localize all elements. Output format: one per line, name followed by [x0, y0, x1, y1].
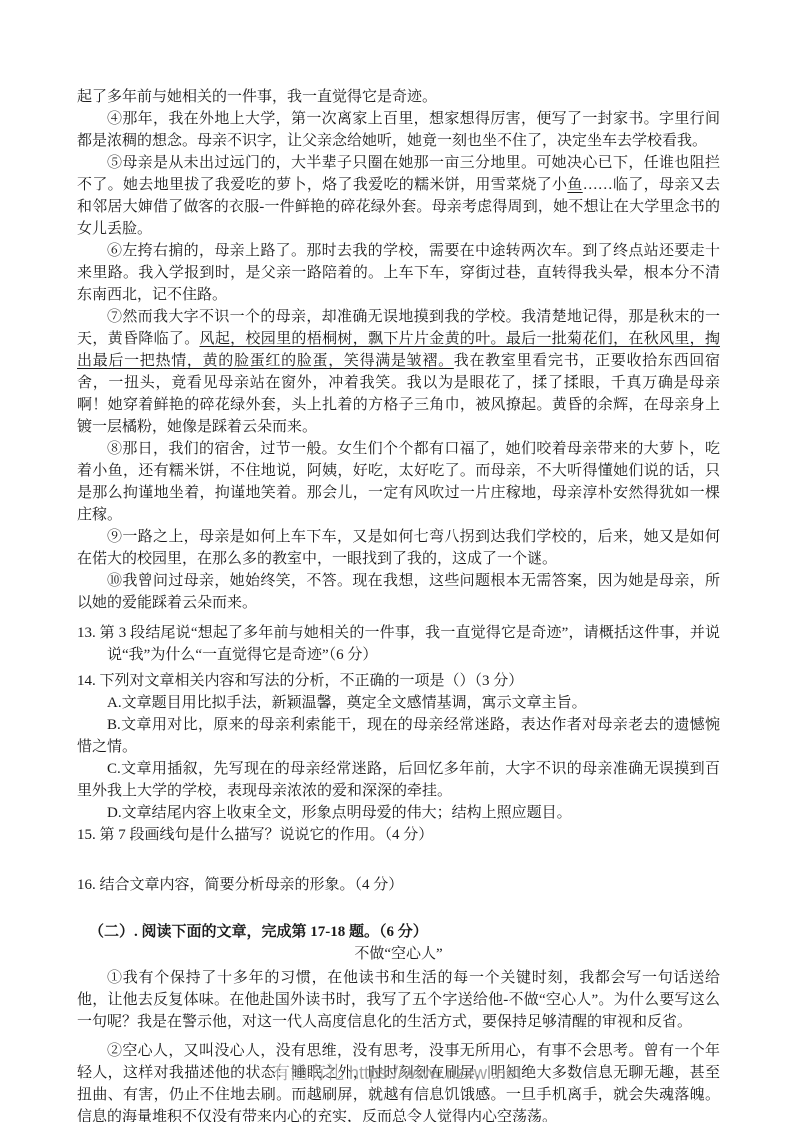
passage1-paragraph-4: ④那年，我在外地上大学，第一次离家上百里，想家想得厉害，便写了一封家书。字里行间…	[77, 108, 720, 152]
passage1-paragraph-5: ⑤母亲是从未出过远门的，大半辈子只圈在她那一亩三分地里。可她决心已下，任谁也阻拦…	[77, 152, 720, 240]
footer-watermark: 有渔有礼 https://www.nzxwl.net	[0, 1062, 793, 1084]
question-16: 16. 结合文章内容，简要分析母亲的形象。（4 分）	[77, 874, 720, 896]
question-15: 15. 第 7 段画线句是什么描写？说说它的作用。（4 分）	[77, 824, 720, 846]
passage1-continuation-line: 起了多年前与她相关的一件事，我一直觉得它是奇迹。	[77, 86, 720, 108]
passage1-paragraph-8: ⑧那日，我们的宿舍，过节一般。女生们个个都有口福了，她们咬着母亲带来的大萝卜，吃…	[77, 438, 720, 526]
question-14-option-c: C.文章用插叙，先写现在的母亲经常迷路，后回忆多年前，大字不识的母亲准确无误摸到…	[77, 758, 720, 802]
passage1-paragraph-7: ⑦然而我大字不识一个的母亲，却准确无误地摸到我的学校。我清楚地记得，那是秋末的一…	[77, 306, 720, 438]
passage2-title: 不做“空心人”	[77, 943, 720, 965]
passage1-paragraph-10: ⑩我曾问过母亲，她始终笑，不答。现在我想，这些问题根本无需答案，因为她是母亲，所…	[77, 570, 720, 614]
question-14-stem: 14. 下列对文章相关内容和写法的分析，不正确的一项是（）（3 分）	[77, 670, 720, 692]
question-14-option-d: D.文章结尾内容上收束全文，形象点明母爱的伟大；结构上照应题目。	[77, 802, 720, 824]
question-14-option-b: B.文章用对比，原来的母亲利索能干，现在的母亲经常迷路，表达作者对母亲老去的遗憾…	[77, 714, 720, 758]
reading-passage-1: 起了多年前与她相关的一件事，我一直觉得它是奇迹。 ④那年，我在外地上大学，第一次…	[77, 86, 720, 614]
exam-page: 起了多年前与她相关的一件事，我一直觉得它是奇迹。 ④那年，我在外地上大学，第一次…	[0, 0, 793, 1122]
question-13: 13. 第 3 段结尾说“想起了多年前与她相关的一件事，我一直觉得它是奇迹”，请…	[77, 622, 720, 666]
passage2-paragraph-1: ①我有个保持了十多年的习惯，在他读书和生活的每一个关键时刻，我都会写一句话送给他…	[77, 967, 720, 1033]
passage1-paragraph-9: ⑨一路之上，母亲是如何上车下车，又是如何七弯八拐到达我们学校的，后来，她又是如何…	[77, 526, 720, 570]
question-14-option-a: A.文章题目用比拟手法，新颖温馨，奠定全文感情基调，寓示文章主旨。	[77, 692, 720, 714]
questions-block: 13. 第 3 段结尾说“想起了多年前与她相关的一件事，我一直觉得它是奇迹”，请…	[77, 622, 720, 896]
section-2-header: （二）. 阅读下面的文章，完成第 17-18 题。（6 分）	[77, 921, 720, 943]
reading-passage-2: （二）. 阅读下面的文章，完成第 17-18 题。（6 分） 不做“空心人” ①…	[77, 921, 720, 1122]
passage1-paragraph-6: ⑥左挎右掮的，母亲上路了。那时去我的学校，需要在中途转两次车。到了终点站还要走十…	[77, 240, 720, 306]
underlined-text: 鱼	[567, 177, 582, 193]
